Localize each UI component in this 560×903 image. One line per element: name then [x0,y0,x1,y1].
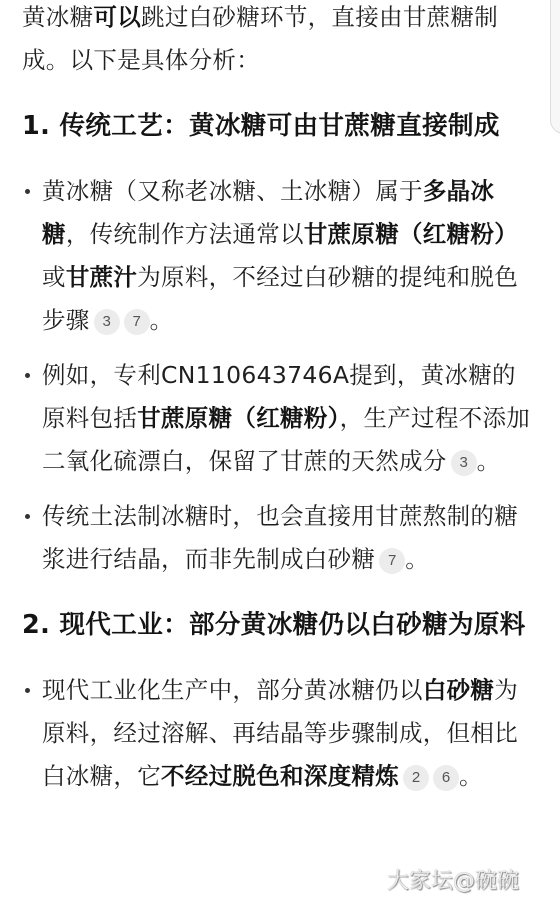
bold-text: 白砂糖 [423,676,494,704]
intro-text: 黄冰糖 [22,3,93,31]
bold-text: 不经过脱色和深度精炼 [161,762,399,790]
bullet-icon [25,688,30,693]
text: 。 [150,306,174,334]
intro-bold: 可以 [93,3,141,31]
citation-badge[interactable]: 2 [403,765,429,791]
citation-badge[interactable]: 7 [379,548,405,574]
text: 或 [42,263,66,291]
list-item: 传统土法制冰糖时，也会直接用甘蔗熬制的糖浆进行结晶，而非先制成白砂糖7。 [22,495,534,581]
bold-text: 甘蔗原糖（红糖粉） [137,404,339,432]
text: 黄冰糖（又称老冰糖、土冰糖）属于 [42,177,423,205]
text: 。 [405,545,429,573]
list-item: 例如，专利CN110643746A提到，黄冰糖的原料包括甘蔗原糖（红糖粉），生产… [22,354,534,483]
bullet-icon [25,373,30,378]
citation-badge[interactable]: 3 [451,450,477,476]
text: ，传统制作方法通常以 [66,220,304,248]
text: 传统土法制冰糖时，也会直接用甘蔗熬制的糖浆进行结晶，而非先制成白砂糖 [42,502,518,573]
watermark: 大家坛@碗碗 [387,864,519,895]
list-item: 现代工业化生产中，部分黄冰糖仍以白砂糖为原料，经过溶解、再结晶等步骤制成，但相比… [22,669,534,798]
citation-badge[interactable]: 3 [94,309,120,335]
intro-paragraph: 黄冰糖可以跳过白砂糖环节，直接由甘蔗糖制成。以下是具体分析： [22,0,534,82]
list-item: 黄冰糖（又称老冰糖、土冰糖）属于多晶冰糖，传统制作方法通常以甘蔗原糖（红糖粉）或… [22,170,534,342]
section-1-heading: 1. 传统工艺：黄冰糖可由甘蔗糖直接制成 [22,104,534,148]
citation-badge[interactable]: 6 [433,765,459,791]
text: 现代工业化生产中，部分黄冰糖仍以 [42,676,423,704]
answer-content: 黄冰糖可以跳过白砂糖环节，直接由甘蔗糖制成。以下是具体分析： 1. 传统工艺：黄… [22,0,534,798]
citation-badge[interactable]: 7 [124,309,150,335]
side-panel-edge [550,0,560,134]
bullet-icon [25,514,30,519]
section-2-list: 现代工业化生产中，部分黄冰糖仍以白砂糖为原料，经过溶解、再结晶等步骤制成，但相比… [22,669,534,798]
bold-text: 甘蔗汁 [66,263,137,291]
section-2-heading: 2. 现代工业：部分黄冰糖仍以白砂糖为原料 [22,603,534,647]
text: 。 [459,762,483,790]
bullet-icon [25,189,30,194]
bold-text: 甘蔗原糖（红糖粉） [304,220,518,248]
text: 。 [477,447,501,475]
section-1-list: 黄冰糖（又称老冰糖、土冰糖）属于多晶冰糖，传统制作方法通常以甘蔗原糖（红糖粉）或… [22,170,534,581]
